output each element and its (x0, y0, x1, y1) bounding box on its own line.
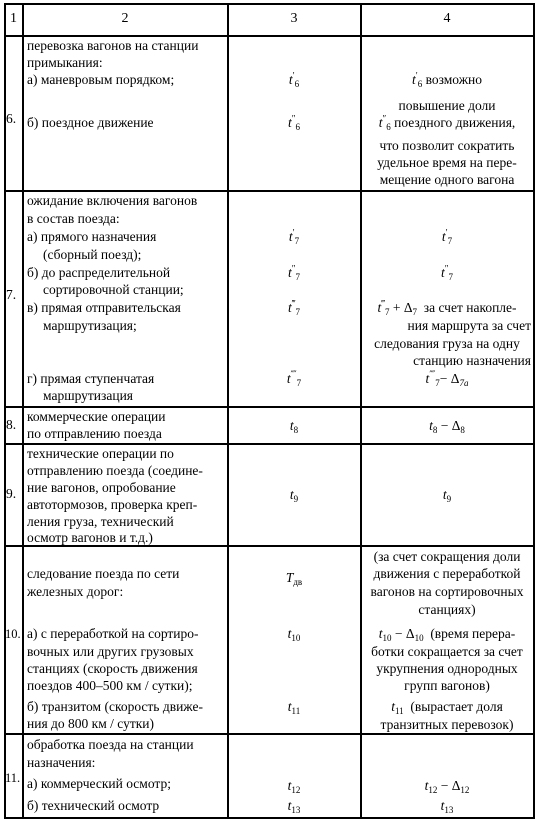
text-line: удельное время на пере- (361, 154, 533, 171)
text-line: (за счет сокращения доли (361, 548, 533, 565)
symbol-t6-prime: t′6 (228, 71, 360, 88)
text-line: сортировочной станции; (43, 281, 184, 298)
row-number: 8. (6, 417, 16, 433)
text-line: (сборный поезд); (43, 246, 141, 263)
row-number: 10. (5, 627, 21, 642)
text-line: мещение одного вагона (361, 171, 533, 188)
text-line: ния до 800 км / сутки) (27, 715, 154, 732)
document-page: 1 2 3 4 6. перевозка вагонов на станции … (0, 0, 544, 820)
row-9-symbol: t9 (228, 486, 360, 503)
text-line: t13 (361, 797, 533, 814)
symbol-t12: t12 (228, 777, 360, 794)
col-divider-1 (22, 3, 24, 819)
text-line: маршрутизация (43, 387, 133, 404)
text-line: t10 − Δ10 (время перера- (361, 625, 533, 642)
text-line: б) технический осмотр (27, 797, 159, 814)
row-8-symbol: t8 (228, 417, 360, 434)
text-line: отправлению поезда (соедине- (27, 462, 203, 479)
text-line: а) прямого назначения (27, 228, 156, 245)
text-line: укрупнения однородных (361, 660, 533, 677)
row-number: 9. (6, 486, 16, 502)
text-line: вочных или других грузовых (27, 643, 194, 660)
text-line: ние вагонов, опробование (27, 479, 176, 496)
row-number: 6. (6, 111, 16, 127)
symbol-t10: t10 (228, 625, 360, 642)
text-line: коммерческие операции (27, 408, 166, 425)
text-line: t′7 (361, 228, 533, 245)
text-line: а) маневровым порядком; (27, 71, 174, 88)
text-line: повышение доли (361, 97, 533, 114)
header-col-4: 4 (361, 10, 533, 27)
text-line: t11 (вырастает доля (361, 698, 533, 715)
text-line: обработка поезда на станции (27, 736, 194, 753)
row-divider (4, 733, 534, 735)
symbol-t-dv: Tдв (228, 569, 360, 586)
symbol-t6-double-prime: t″6 (228, 114, 360, 131)
text-line: ния маршрута за счет (408, 317, 531, 334)
text-line: t″7 (361, 264, 533, 281)
text-line: вагонов на сортировочных (361, 583, 533, 600)
text-line: б) до распределительной (27, 264, 170, 281)
text-line: следования груза на одну (361, 335, 533, 352)
text-line: а) коммерческий осмотр; (27, 775, 171, 792)
header-col-3: 3 (228, 10, 360, 27)
row-number: 11. (5, 771, 20, 786)
table-border-right (533, 3, 535, 819)
text-line: ботки сокращается за счет (361, 643, 533, 660)
header-col-2: 2 (23, 10, 227, 27)
text-line: б) поездное движение (27, 114, 154, 131)
text-line: маршрутизация; (43, 317, 137, 334)
symbol-t7-quad-prime: t⁗7 (228, 370, 360, 387)
text-line: ожидание включения вагонов (27, 192, 197, 209)
text-line: поездов 400–500 км / сутки); (27, 677, 192, 694)
header-col-1: 1 (5, 10, 22, 27)
row-9-note: t9 (361, 486, 533, 503)
text-line: технические операции по (27, 445, 174, 462)
text-line: в) прямая отправительская (27, 299, 181, 316)
text-line: примыкания: (27, 54, 103, 71)
text-line: станциях (скорость движения (27, 660, 198, 677)
text-line: г) прямая ступенчатая (27, 370, 154, 387)
text-line: по отправлению поезда (27, 425, 162, 442)
symbol-t13: t13 (228, 797, 360, 814)
symbol-t7-prime: t′7 (228, 228, 360, 245)
text-line: следование поезда по сети (27, 565, 179, 582)
text-line: транзитных перевозок) (361, 716, 533, 733)
text-line: ления груза, технический (27, 513, 174, 530)
text-line: станциях) (361, 601, 533, 618)
text-line: t′6 возможно (361, 71, 533, 88)
text-line: движения с переработкой (361, 565, 533, 582)
text-line: автотормозов, проверка креп- (27, 496, 197, 513)
symbol-t7-double-prime: t″7 (228, 264, 360, 281)
text-line: t12 − Δ12 (361, 777, 533, 794)
text-line: а) с переработкой на сортиро- (27, 625, 199, 642)
symbol-t7-triple-prime: t‴7 (228, 299, 360, 316)
text-line: перевозка вагонов на станции (27, 37, 198, 54)
text-line: групп вагонов) (361, 677, 533, 694)
text-line: t‴7 + Δ7 за счет накопле- (361, 299, 533, 316)
text-line: назначения: (27, 754, 95, 771)
text-line: в состав поезда: (27, 210, 120, 227)
symbol-t11: t11 (228, 698, 360, 715)
text-line: t″6 поездного движения, (361, 114, 533, 131)
table-border-bottom (4, 817, 534, 819)
row-8-note: t8 − Δ8 (361, 417, 533, 434)
row-number: 7. (6, 287, 16, 303)
text-line: осмотр вагонов и т.д.) (27, 529, 153, 546)
text-line: что позволит сократить (361, 137, 533, 154)
text-line: железных дорог: (27, 583, 123, 600)
text-line: станцию назначения (413, 352, 531, 369)
table-border-top (4, 3, 534, 5)
text-line: б) транзитом (скорость движе- (27, 698, 203, 715)
text-line: t⁗7− Δ7a (361, 370, 533, 387)
